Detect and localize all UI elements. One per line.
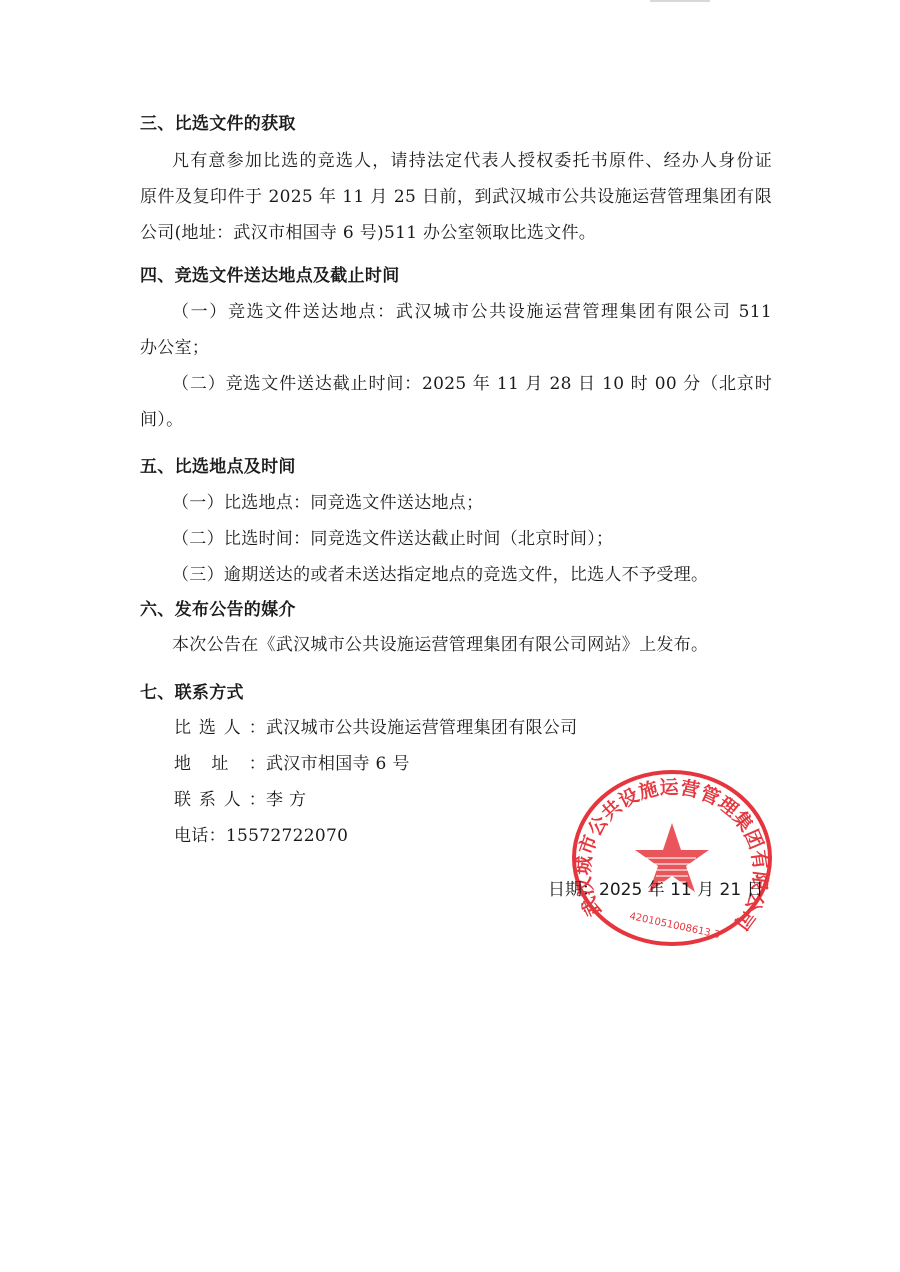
contact-phone-label: 电话： [174, 826, 226, 846]
section-5-line-2: （二）比选时间：同竞选文件送达截止时间（北京时间）； [172, 527, 613, 551]
section-3-line-2: 原件及复印件于 2025 年 11 月 25 日前，到武汉城市公共设施运营管理集… [140, 185, 772, 209]
section-3-heading: 三、比选文件的获取 [140, 112, 296, 136]
scan-artifact [650, 0, 710, 2]
section-4-line-2: 办公室； [140, 336, 209, 360]
date-label: 日期： [548, 880, 599, 900]
signature-date: 日期：2025 年 11 月 21 日 [548, 878, 764, 902]
contact-address-label: 地址： [174, 752, 266, 776]
contact-person-value: 李 方 [266, 790, 306, 810]
contact-person-label: 联系人： [174, 788, 266, 812]
section-3-line-3: 公司(地址：武汉市相国寺 6 号)511 办公室领取比选文件。 [140, 221, 596, 245]
contact-bidder-value: 武汉城市公共设施运营管理集团有限公司 [266, 718, 577, 738]
seal-code: 4201051008613 3 [628, 911, 721, 941]
section-6-line-1: 本次公告在《武汉城市公共设施运营管理集团有限公司网站》上发布。 [172, 633, 708, 657]
contact-phone: 电话：15572722070 [174, 824, 348, 848]
contact-address-value: 武汉市相国寺 6 号 [266, 754, 410, 774]
section-5-line-1: （一）比选地点：同竞选文件送达地点； [172, 491, 483, 515]
section-4-line-4: 间）。 [140, 408, 183, 432]
contact-address: 地址：武汉市相国寺 6 号 [174, 752, 410, 776]
section-4-line-1: （一）竞选文件送达地点：武汉城市公共设施运营管理集团有限公司 511 [172, 300, 772, 324]
section-4-line-3: （二）竞选文件送达截止时间：2025 年 11 月 28 日 10 时 00 分… [172, 372, 772, 396]
section-7-heading: 七、联系方式 [140, 681, 244, 705]
contact-phone-value: 15572722070 [226, 826, 348, 846]
section-4-heading: 四、竞选文件送达地点及截止时间 [140, 264, 400, 288]
date-value: 2025 年 11 月 21 日 [599, 880, 764, 900]
contact-bidder-label: 比选人： [174, 716, 266, 740]
section-5-heading: 五、比选地点及时间 [140, 455, 296, 479]
section-6-heading: 六、发布公告的媒介 [140, 598, 296, 622]
section-3-line-1: 凡有意参加比选的竞选人，请持法定代表人授权委托书原件、经办人身份证 [172, 149, 772, 173]
contact-person: 联系人：李 方 [174, 788, 306, 812]
contact-bidder: 比选人：武汉城市公共设施运营管理集团有限公司 [174, 716, 577, 740]
official-seal-icon: 武汉城市公共设施运营管理集团有限公司 4201051008613 3 [566, 768, 776, 948]
section-5-line-3: （三）逾期送达的或者未送达指定地点的竞选文件，比选人不予受理。 [172, 563, 708, 587]
